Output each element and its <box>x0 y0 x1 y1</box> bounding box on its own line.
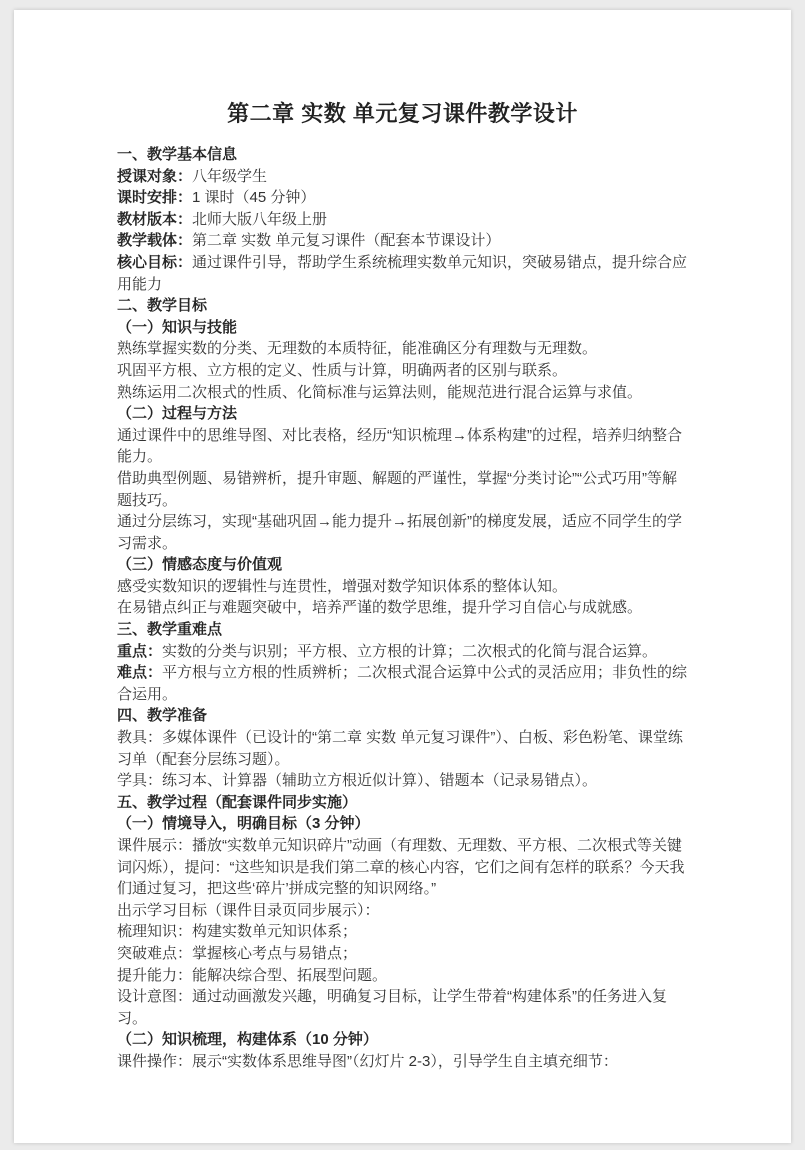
paragraph: 课件展示：播放“实数单元知识碎片”动画（有理数、无理数、平方根、二次根式等关键词… <box>117 835 688 900</box>
paragraph-label: 授课对象： <box>117 168 192 185</box>
paragraph-label: 难点： <box>117 664 162 681</box>
paragraph: 借助典型例题、易错辨析，提升审题、解题的严谨性，掌握“分类讨论”“公式巧用”等解… <box>117 468 688 511</box>
document-page: 第二章 实数 单元复习课件教学设计 一、教学基本信息授课对象：八年级学生课时安排… <box>14 10 791 1143</box>
paragraph: 巩固平方根、立方根的定义、性质与计算，明确两者的区别与联系。 <box>117 360 688 382</box>
subsection-heading: （一）知识与技能 <box>117 317 688 339</box>
paragraph: 核心目标：通过课件引导，帮助学生系统梳理实数单元知识，突破易错点，提升综合应用能… <box>117 252 688 295</box>
paragraph: 突破难点：掌握核心考点与易错点； <box>117 943 688 965</box>
paragraph: 在易错点纠正与难题突破中，培养严谨的数学思维，提升学习自信心与成就感。 <box>117 597 688 619</box>
paragraph-label: 教学载体： <box>117 232 192 249</box>
paragraph-label: 教材版本： <box>117 211 192 228</box>
paragraph: 熟练掌握实数的分类、无理数的本质特征，能准确区分有理数与无理数。 <box>117 338 688 360</box>
paragraph: 熟练运用二次根式的性质、化简标准与运算法则，能规范进行混合运算与求值。 <box>117 382 688 404</box>
viewer-canvas: 第二章 实数 单元复习课件教学设计 一、教学基本信息授课对象：八年级学生课时安排… <box>0 0 805 1150</box>
paragraph: 教学载体：第二章 实数 单元复习课件（配套本节课设计） <box>117 230 688 252</box>
paragraph: 教具：多媒体课件（已设计的“第二章 实数 单元复习课件”）、白板、彩色粉笔、课堂… <box>117 727 688 770</box>
subsection-heading: （二）知识梳理，构建体系（10 分钟） <box>117 1029 688 1051</box>
paragraph: 设计意图：通过动画激发兴趣，明确复习目标，让学生带着“构建体系”的任务进入复习。 <box>117 986 688 1029</box>
paragraph: 学具：练习本、计算器（辅助立方根近似计算）、错题本（记录易错点）。 <box>117 770 688 792</box>
paragraph: 提升能力：能解决综合型、拓展型问题。 <box>117 965 688 987</box>
subsection-heading: （一）情境导入，明确目标（3 分钟） <box>117 813 688 835</box>
paragraph: 授课对象：八年级学生 <box>117 166 688 188</box>
paragraph: 难点：平方根与立方根的性质辨析；二次根式混合运算中公式的灵活应用；非负性的综合运… <box>117 662 688 705</box>
viewer-background: { "theme": { "canvas_background": "#ebeb… <box>0 0 805 1150</box>
paragraph-label: 课时安排： <box>117 189 192 206</box>
section-heading: 三、教学重难点 <box>117 619 688 641</box>
document-body: 一、教学基本信息授课对象：八年级学生课时安排：1 课时（45 分钟）教材版本：北… <box>117 144 688 1073</box>
section-heading: 二、教学目标 <box>117 295 688 317</box>
document-title: 第二章 实数 单元复习课件教学设计 <box>117 98 688 130</box>
paragraph: 课时安排：1 课时（45 分钟） <box>117 187 688 209</box>
section-heading: 五、教学过程（配套课件同步实施） <box>117 792 688 814</box>
paragraph: 通过课件中的思维导图、对比表格，经历“知识梳理→体系构建”的过程，培养归纳整合能… <box>117 425 688 468</box>
section-heading: 四、教学准备 <box>117 705 688 727</box>
paragraph: 出示学习目标（课件目录页同步展示）： <box>117 900 688 922</box>
paragraph-label: 重点： <box>117 643 162 660</box>
paragraph: 通过分层练习，实现“基础巩固→能力提升→拓展创新”的梯度发展，适应不同学生的学习… <box>117 511 688 554</box>
section-heading: 一、教学基本信息 <box>117 144 688 166</box>
paragraph: 重点：实数的分类与识别；平方根、立方根的计算；二次根式的化简与混合运算。 <box>117 641 688 663</box>
subsection-heading: （三）情感态度与价值观 <box>117 554 688 576</box>
paragraph-label: 核心目标： <box>117 254 192 271</box>
paragraph: 教材版本：北师大版八年级上册 <box>117 209 688 231</box>
subsection-heading: （二）过程与方法 <box>117 403 688 425</box>
paragraph: 课件操作：展示“实数体系思维导图”（幻灯片 2-3），引导学生自主填充细节： <box>117 1051 688 1073</box>
paragraph: 感受实数知识的逻辑性与连贯性，增强对数学知识体系的整体认知。 <box>117 576 688 598</box>
paragraph: 梳理知识：构建实数单元知识体系； <box>117 921 688 943</box>
